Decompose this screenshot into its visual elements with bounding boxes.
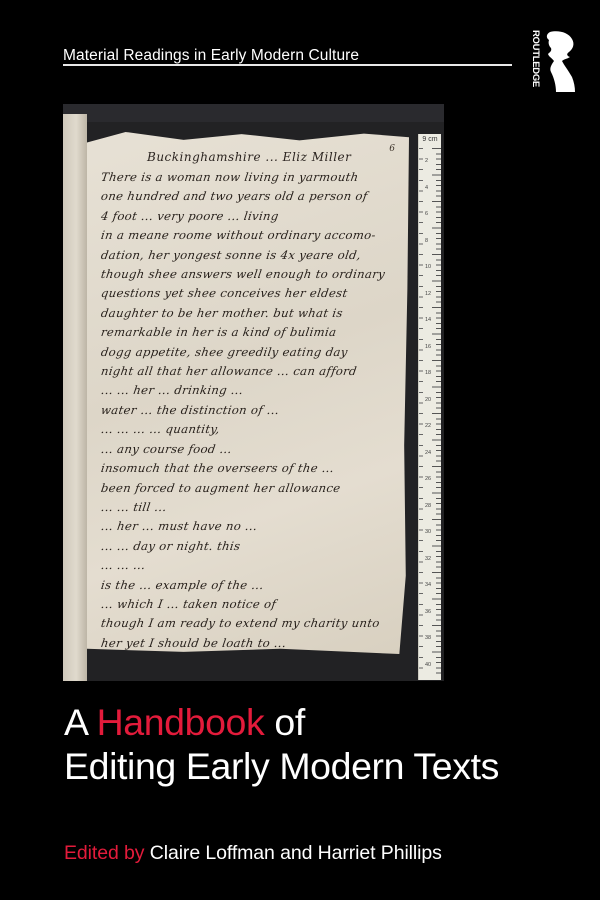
manuscript-line: questions yet shee conceives her eldest [100,284,403,303]
manuscript-leaf: Buckinghamshire ... Eliz Miller 6 There … [87,132,409,654]
ruler-number: 18 [425,360,431,387]
ruler-number: 28 [425,493,431,520]
manuscript-line: dation, her yongest sonne is 4x yeare ol… [100,246,403,265]
manuscript-line: daughter to be her mother. but what is [100,304,403,323]
editor-names: Claire Loffman and Harriet Phillips [150,842,442,864]
manuscript-line: of ... upon her ... to offer [100,653,403,672]
manuscript-line: 4 foot ... very poore ... living [100,207,403,226]
ruler-number: 12 [425,281,431,308]
manuscript-line: remarkable in her is a kind of bulimia [100,323,403,342]
ruler-number: 40 [425,652,431,679]
title-highlight: Handbook [97,701,265,743]
ruler-number: 22 [425,413,431,440]
ruler-number: 26 [425,466,431,493]
manuscript-line: ... any course food ... [100,440,403,459]
manuscript-line: ... her ... must have no ... [100,517,403,536]
ruler-number: 16 [425,334,431,361]
routledge-profile-icon [542,30,576,92]
title-prefix: A [64,701,87,743]
ruler-unit-label: 9 cm [419,136,441,143]
manuscript-line: is the ... example of the ... [100,576,403,595]
book-title: A Handbook of Editing Early Modern Texts [64,700,499,788]
manuscript-line: one hundred and two years old a person o… [100,187,403,206]
series-title: Material Readings in Early Modern Cultur… [63,47,359,65]
manuscript-line: ... ... ... ... quantity, [100,420,403,439]
manuscript-line: though shee answers well enough to ordin… [100,265,403,284]
manuscript-line: been forced to augment her allowance [100,479,403,498]
manuscript-text: There is a woman now living in yarmouth … [101,168,401,681]
cover-photograph: Buckinghamshire ... Eliz Miller 6 There … [63,104,444,681]
book-page-edge [63,114,87,681]
manuscript-line: her ... ... ... [100,673,403,681]
manuscript-line: ... which I ... taken notice of [100,595,403,614]
ruler-number: 2 [425,148,431,175]
manuscript-line: ... ... day or night. this [100,537,403,556]
ruler-number: 14 [425,307,431,334]
ruler-number: 10 [425,254,431,281]
manuscript-line: ... ... ... [100,556,403,575]
ruler-number: 38 [425,625,431,652]
manuscript-heading: Buckinghamshire ... Eliz Miller [147,150,351,164]
ruler-number: 34 [425,572,431,599]
manuscript-line: water ... the distinction of ... [100,401,403,420]
manuscript-line: insomuch that the overseers of the ... [100,459,403,478]
manuscript-line: in a meane roome without ordinary accomo… [100,226,403,245]
manuscript-line: her yet I should be loath to ... [100,634,403,653]
ruler-number: 36 [425,599,431,626]
title-after-highlight: of [274,701,304,743]
publisher-logo: ROUTLEDGE [528,30,576,92]
manuscript-folio-number: 6 [389,144,395,154]
publisher-name: ROUTLEDGE [528,30,542,92]
title-line-2: Editing Early Modern Texts [64,744,499,788]
ruler-numbers: 2 4 6 8 10 12 14 16 18 20 22 24 26 28 30… [425,148,431,678]
manuscript-line: though I am ready to extend my charity u… [100,614,403,633]
ruler-number: 32 [425,546,431,573]
manuscript-line: ... ... her ... drinking ... [100,381,403,400]
title-line-1: A Handbook of [64,700,499,744]
edited-by-label: Edited by [64,842,144,864]
ruler-number: 20 [425,387,431,414]
manuscript-line: dogg appetite, shee greedily eating day [100,343,403,362]
photo-backdrop [63,104,444,122]
ruler-number: 8 [425,228,431,255]
manuscript-line: ... ... till ... [100,498,403,517]
scale-ruler: 9 cm 2 4 6 8 10 12 14 16 18 20 22 24 26 … [418,134,441,680]
ruler-number: 6 [425,201,431,228]
editors-line: Edited by Claire Loffman and Harriet Phi… [64,842,442,865]
ruler-number: 4 [425,175,431,202]
ruler-number: 30 [425,519,431,546]
ruler-number: 24 [425,440,431,467]
manuscript-line: There is a woman now living in yarmouth [100,168,403,187]
series-divider [63,64,512,66]
manuscript-line: night all that her allowance ... can aff… [100,362,403,381]
